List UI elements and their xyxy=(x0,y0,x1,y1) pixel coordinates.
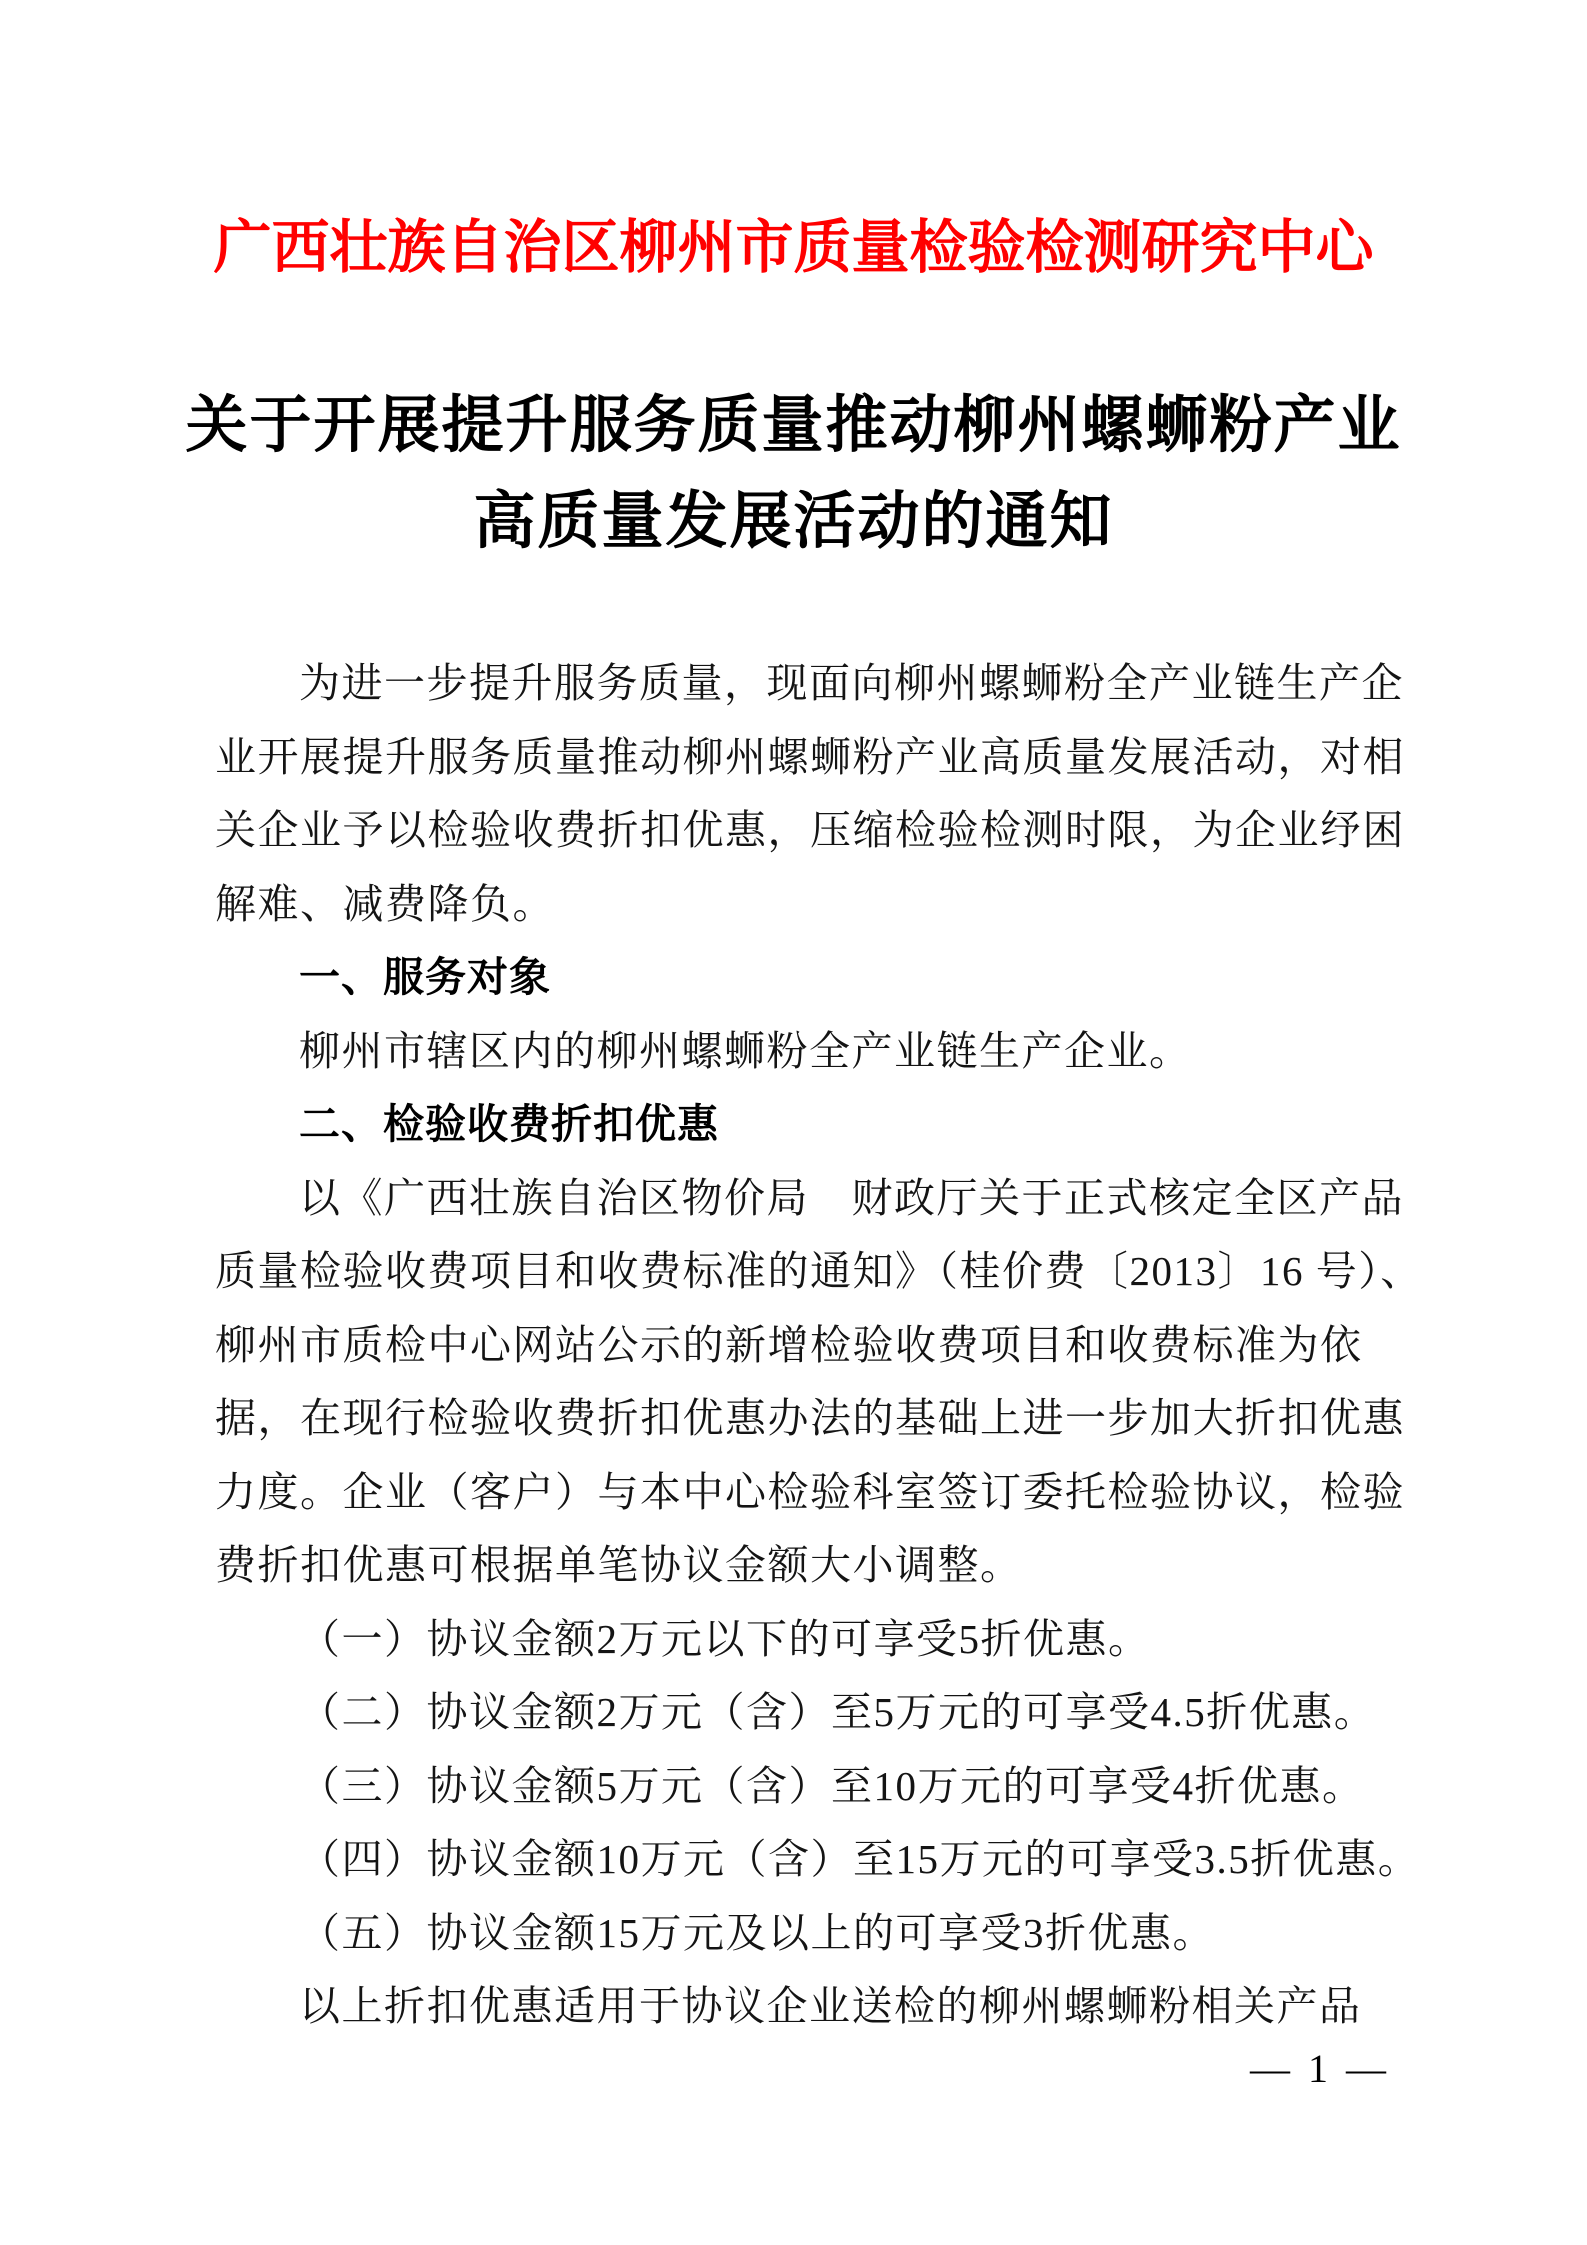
body-line: 业开展提升服务质量推动柳州螺蛳粉产业高质量发展活动，对相 xyxy=(215,721,1465,795)
body-line: 据，在现行检验收费折扣优惠办法的基础上进一步加大折扣优惠 xyxy=(215,1382,1465,1456)
doc-title-line2: 高质量发展活动的通知 xyxy=(0,474,1587,570)
doc-title-line1: 关于开展提升服务质量推动柳州螺蛳粉产业 xyxy=(0,378,1587,474)
doc-body: 为进一步提升服务质量，现面向柳州螺蛳粉全产业链生产企业开展提升服务质量推动柳州螺… xyxy=(215,647,1465,2044)
org-header-title: 广西壮族自治区柳州市质量检验检测研究中心 xyxy=(0,208,1587,288)
body-line: 二、检验收费折扣优惠 xyxy=(215,1088,1465,1162)
body-line: 解难、减费降负。 xyxy=(215,868,1465,942)
body-line: 费折扣优惠可根据单笔协议金额大小调整。 xyxy=(215,1529,1465,1603)
body-line: 力度。企业（客户）与本中心检验科室签订委托检验协议，检验 xyxy=(215,1456,1465,1530)
body-line: 以《广西壮族自治区物价局 财政厅关于正式核定全区产品 xyxy=(215,1162,1465,1236)
body-line: 质量检验收费项目和收费标准的通知》（桂价费〔2013〕16 号）、 xyxy=(215,1235,1465,1309)
body-line: 柳州市质检中心网站公示的新增检验收费项目和收费标准为依 xyxy=(215,1309,1465,1383)
doc-title: 关于开展提升服务质量推动柳州螺蛳粉产业 高质量发展活动的通知 xyxy=(0,378,1587,570)
body-line: 为进一步提升服务质量，现面向柳州螺蛳粉全产业链生产企 xyxy=(215,647,1465,721)
body-line: 柳州市辖区内的柳州螺蛳粉全产业链生产企业。 xyxy=(215,1015,1465,1089)
body-line: （三）协议金额5万元（含）至10万元的可享受4折优惠。 xyxy=(215,1750,1465,1824)
body-line: （一）协议金额2万元以下的可享受5折优惠。 xyxy=(215,1603,1465,1677)
body-line: 一、服务对象 xyxy=(215,941,1465,1015)
body-line: 以上折扣优惠适用于协议企业送检的柳州螺蛳粉相关产品 xyxy=(215,1970,1465,2044)
body-line: （四）协议金额10万元（含）至15万元的可享受3.5折优惠。 xyxy=(215,1823,1465,1897)
page-number: — 1 — xyxy=(1250,2046,1390,2092)
body-line: （五）协议金额15万元及以上的可享受3折优惠。 xyxy=(215,1897,1465,1971)
body-line: （二）协议金额2万元（含）至5万元的可享受4.5折优惠。 xyxy=(215,1676,1465,1750)
body-line: 关企业予以检验收费折扣优惠，压缩检验检测时限，为企业纾困 xyxy=(215,794,1465,868)
document-page: 广西壮族自治区柳州市质量检验检测研究中心 关于开展提升服务质量推动柳州螺蛳粉产业… xyxy=(0,0,1587,2245)
